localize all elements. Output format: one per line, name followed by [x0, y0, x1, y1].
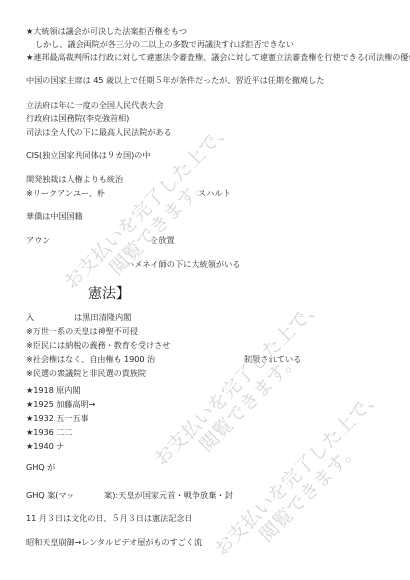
- text-line: 開発独裁は人権よりも統治: [26, 174, 123, 184]
- text-fragment: は黒田清隆内閣: [74, 312, 131, 322]
- text-fragment: ハメネイ師の下に大統領がいる: [126, 259, 240, 269]
- text-line: 華僑は中国国籍: [26, 211, 83, 221]
- text-fragment: スハルト: [198, 188, 231, 198]
- timeline-item: ★1918 原内閣: [26, 385, 80, 395]
- text-line: アウン: [26, 235, 50, 245]
- text-line: ★大統領は議会が可決した法案拒否権をもつ: [26, 26, 187, 36]
- text-line: ※万世一系の天皇は神聖不可侵: [26, 326, 138, 336]
- section-heading: 憲法】: [88, 286, 130, 302]
- text-line: 中国の国家主席は 45 歳以上で任期５年が条件だったが、習近平は任期を撤廃した: [26, 75, 324, 85]
- text-line: ※臣民には納税の義務・教育を受けさせ: [26, 340, 170, 350]
- text-line: GHQ 案(マッ: [26, 490, 74, 500]
- text-line: CIS(独立国家共同体は９カ国)の中: [26, 150, 150, 160]
- text-line: 行政府は国務院(李克強首相): [26, 113, 129, 123]
- text-line: 入: [26, 312, 34, 322]
- text-line: ※リークアンユー、朴: [26, 188, 105, 198]
- timeline-item: ★1940 ナ: [26, 441, 64, 451]
- timeline-item: ★1925 加藤高明→: [26, 399, 95, 409]
- text-line: しかし、議会両院が各三分の二以上の多数で再議決すれば拒否できない: [35, 39, 294, 49]
- watermark-line2: 閲覧できます。: [226, 400, 403, 577]
- watermark: お支払いを完了した上で、 閲覧できます。: [60, 117, 252, 309]
- watermark-line1: お支払いを完了した上で、: [150, 294, 327, 471]
- text-line: 立法府は年に一度の全国人民代表大会: [26, 100, 164, 110]
- watermark-line2: 閲覧できます。: [166, 310, 343, 487]
- document-page: ★大統領は議会が可決した法案拒否権をもつ しかし、議会両院が各三分の二以上の多数…: [0, 0, 410, 580]
- text-line: ★連邦最高裁判所は行政に対して違憲法令審査権、議会に対して違憲立法審査権を行使で…: [26, 52, 410, 62]
- watermark: お支払いを完了した上で、 閲覧できます。: [210, 384, 402, 576]
- text-line: ※民選の衆議院と非民選の貴族院: [26, 368, 146, 378]
- text-line: 昭和天皇崩御→レンタルビデオ屋がものすごく流: [26, 537, 202, 547]
- watermark: お支払いを完了した上で、 閲覧できます。: [150, 294, 342, 486]
- text-fragment: 案):天皇が国家元首・戦争放棄・封: [104, 490, 233, 500]
- text-line: 司法は全人代の下に最高人民法院がある: [26, 127, 172, 137]
- watermark-line1: お支払いを完了した上で、: [210, 384, 387, 561]
- text-fragment: を放置: [150, 235, 175, 245]
- text-fragment: 制限されている: [244, 354, 301, 364]
- text-line: ※社会権はなく、自由権も 1900 治: [26, 354, 155, 364]
- timeline-item: ★1936 二二: [26, 427, 72, 437]
- timeline-item: ★1932 五一五事: [26, 413, 89, 423]
- text-line: GHQ が: [26, 462, 55, 472]
- text-line: 11 月３日は文化の日、５月３日は憲法記念日: [26, 513, 192, 523]
